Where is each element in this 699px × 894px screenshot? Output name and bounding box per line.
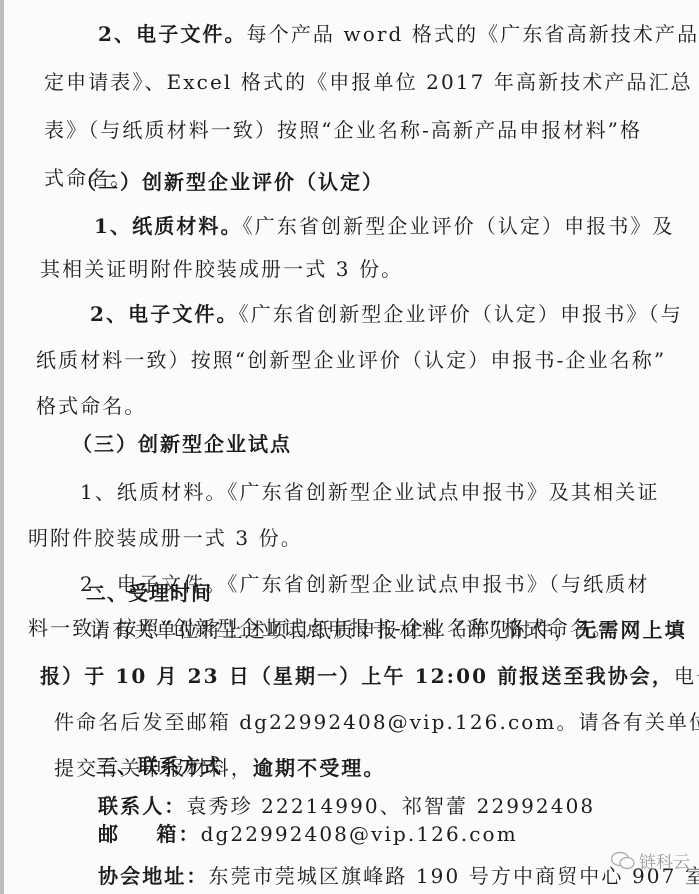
paragraph-electronic-file: 2、电子文件。每个产品 word 格式的《广东省高新技术产品认 (98, 20, 699, 48)
section-title-contact: 三、联系方式 (96, 752, 222, 780)
wechat-icon (610, 851, 636, 871)
acceptance-line-2: 报）于 10 月 23 日（星期一）上午 12:00 前报送至我协会，电子文 (40, 662, 699, 690)
item-label: 1、纸质材料。 (94, 214, 243, 238)
contact-email: 邮 箱：dg22992408@vip.126.com (98, 820, 518, 848)
section-title-acceptance-time: 二、受理时间 (86, 579, 212, 607)
subsection-title-2: （二）创新型企业评价（认定） (76, 168, 384, 196)
document-page: 2、电子文件。每个产品 word 格式的《广东省高新技术产品认 定申请表》、Ex… (0, 0, 699, 894)
item-label: 2、电子文件。 (98, 22, 247, 46)
text-line: 1、纸质材料。《广东省创新型企业试点申报书》及其相关证 (80, 478, 659, 506)
text-line: 表》（与纸质材料一致）按照“企业名称-高新产品申报材料”格 (44, 116, 642, 144)
watermark-text: 链科云 (639, 848, 690, 873)
paragraph-electronic-file-2: 2、电子文件。《广东省创新型企业评价（认定）申报书》（与 (90, 300, 683, 328)
item-label: 2、电子文件。 (90, 302, 239, 326)
contact-address: 协会地址：东莞市莞城区旗峰路 190 号方中商贸中心 907 室 (98, 862, 699, 890)
watermark: 链科云 (610, 848, 690, 873)
text-line: 其相关证明附件胶装成册一式 3 份。 (40, 255, 403, 283)
text-line: 纸质材料一致）按照“创新型企业评价（认定）申报书-企业名称” (36, 346, 666, 374)
acceptance-line-1: 请有关单位将上述项目纸质申报材料（详见附件，无需网上填 (90, 616, 687, 644)
subsection-title-3: （三）创新型企业试点 (72, 430, 292, 458)
text-line: 格式命名。 (36, 392, 147, 420)
text-line: 定申请表》、Excel 格式的《申报单位 2017 年高新技术产品汇总 (44, 68, 693, 96)
contact-person: 联系人：袁秀珍 22214990、祁智蕾 22992408 (98, 792, 595, 820)
paragraph-paper-material: 1、纸质材料。《广东省创新型企业评价（认定）申报书》及 (94, 212, 675, 240)
acceptance-line-3: 件命名后发至邮箱 dg22992408@vip.126.com。请各有关单位按时 (54, 708, 699, 736)
text-line: 明附件胶装成册一式 3 份。 (28, 524, 303, 552)
